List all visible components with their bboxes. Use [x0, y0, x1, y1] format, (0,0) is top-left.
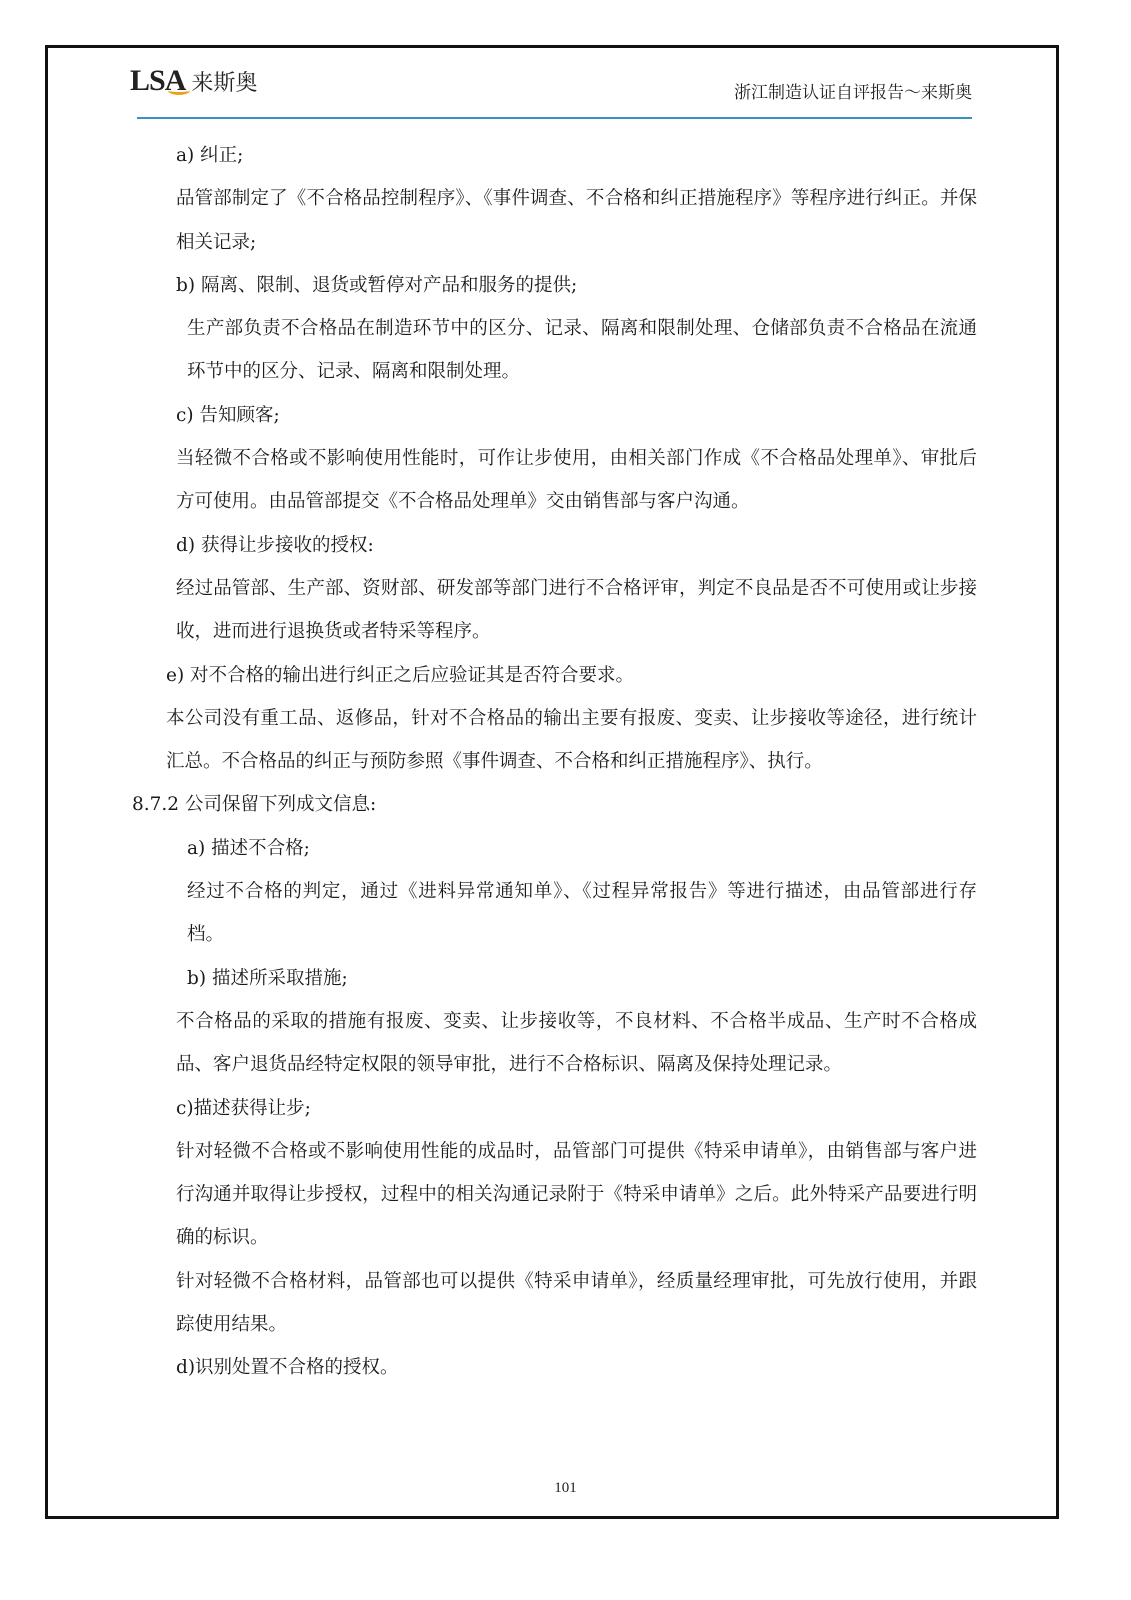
paragraph: a) 描述不合格;: [132, 827, 977, 870]
logo-chinese: 来斯奥: [191, 66, 257, 97]
paragraph: d)识别处置不合格的授权。: [132, 1346, 977, 1389]
section-heading: 8.7.2 公司保留下列成文信息:: [132, 783, 977, 826]
paragraph: 针对轻微不合格或不影响使用性能的成品时，品管部门可提供《特采申请单》，由销售部与…: [132, 1130, 977, 1260]
company-logo: LSA 来斯奥: [130, 64, 257, 98]
document-body: a) 纠正; 品管部制定了《不合格品控制程序》、《事件调查、不合格和纠正措施程序…: [132, 134, 977, 1390]
paragraph: 经过不合格的判定，通过《进料异常通知单》、《过程异常报告》等进行描述，由品管部进…: [132, 870, 977, 957]
paragraph: b) 描述所采取措施;: [132, 957, 977, 1000]
paragraph: 本公司没有重工品、返修品，针对不合格品的输出主要有报废、变卖、让步接收等途径，进…: [132, 697, 977, 784]
paragraph: 不合格品的采取的措施有报废、变卖、让步接收等，不良材料、不合格半成品、生产时不合…: [132, 1000, 977, 1087]
paragraph: a) 纠正;: [132, 134, 977, 177]
paragraph: c)描述获得让步;: [132, 1087, 977, 1130]
header-divider: [137, 117, 972, 119]
paragraph: c) 告知顾客;: [132, 394, 977, 437]
logo-swoosh-icon: [168, 86, 190, 95]
paragraph: 当轻微不合格或不影响使用性能时，可作让步使用，由相关部门作成《不合格品处理单》、…: [132, 437, 977, 524]
paragraph: 针对轻微不合格材料，品管部也可以提供《特采申请单》，经质量经理审批，可先放行使用…: [132, 1260, 977, 1347]
paragraph: d) 获得让步接收的授权:: [132, 524, 977, 567]
paragraph: 经过品管部、生产部、资财部、研发部等部门进行不合格评审，判定不良品是否不可使用或…: [132, 567, 977, 654]
page-number: 101: [0, 1480, 1131, 1497]
report-title: 浙江制造认证自评报告～来斯奥: [734, 78, 972, 103]
page-header: LSA 来斯奥 浙江制造认证自评报告～来斯奥: [130, 58, 972, 118]
paragraph: 生产部负责不合格品在制造环节中的区分、记录、隔离和限制处理、仓储部负责不合格品在…: [132, 307, 977, 394]
paragraph: e) 对不合格的输出进行纠正之后应验证其是否符合要求。: [132, 654, 977, 697]
paragraph: b) 隔离、限制、退货或暂停对产品和服务的提供;: [132, 264, 977, 307]
paragraph: 品管部制定了《不合格品控制程序》、《事件调查、不合格和纠正措施程序》等程序进行纠…: [132, 177, 977, 264]
